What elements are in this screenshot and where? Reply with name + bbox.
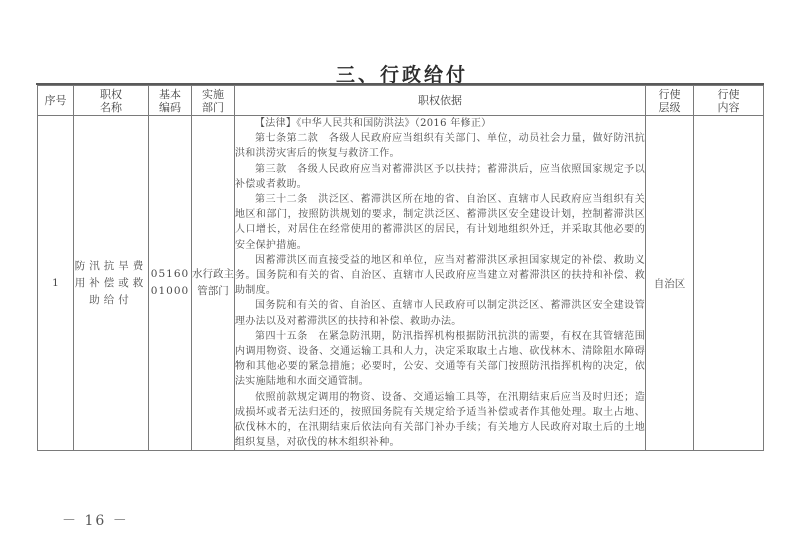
basis-law-title: 【法律】《中华人民共和国防洪法》（2016 年修正） xyxy=(235,116,645,131)
basis-paragraph: 第七条第二款 各级人民政府应当组织有关部门、单位，动员社会力量，做好防汛抗洪和洪… xyxy=(235,131,645,161)
cell-dept: 水行政主管部门 xyxy=(192,116,235,451)
basis-paragraph: 依照前款规定调用的物资、设备、交通运输工具等，在汛期结束后应当及时归还；造成损坏… xyxy=(235,390,645,451)
header-name: 职权名称 xyxy=(74,86,149,116)
basis-paragraph: 第四十五条 在紧急防汛期，防汛指挥机构根据防汛抗洪的需要，有权在其管辖范围内调用… xyxy=(235,329,645,390)
page-number: － 16 － xyxy=(62,510,129,530)
basis-paragraph: 因蓄滞洪区而直接受益的地区和单位，应当对蓄滞洪区承担国家规定的补偿、救助义务。国… xyxy=(235,253,645,299)
cell-basis: 【法律】《中华人民共和国防洪法》（2016 年修正） 第七条第二款 各级人民政府… xyxy=(235,116,646,451)
table-row: 1 防汛抗旱费用补偿或救助给付 0516001000 水行政主管部门 【法律】《… xyxy=(38,116,764,451)
basis-paragraph: 第三十二条 洪泛区、蓄滞洪区所在地的省、自治区、直辖市人民政府应当组织有关地区和… xyxy=(235,192,645,253)
header-code: 基本编码 xyxy=(149,86,192,116)
header-seq: 序号 xyxy=(38,86,74,116)
header-content: 行使内容 xyxy=(694,86,764,116)
cell-content xyxy=(694,116,764,451)
cell-seq: 1 xyxy=(38,116,74,451)
administrative-payment-table: 序号 职权名称 基本编码 实施部门 职权依据 行使层级 行使内容 1 防汛抗旱费… xyxy=(37,85,764,451)
cell-code: 0516001000 xyxy=(149,116,192,451)
cell-name: 防汛抗旱费用补偿或救助给付 xyxy=(74,116,149,451)
basis-paragraph: 国务院和有关的省、自治区、直辖市人民政府可以制定洪泛区、蓄滞洪区安全建设管理办法… xyxy=(235,298,645,328)
header-row: 序号 职权名称 基本编码 实施部门 职权依据 行使层级 行使内容 xyxy=(38,86,764,116)
cell-level: 自治区 xyxy=(646,116,694,451)
basis-paragraph: 第三款 各级人民政府应当对蓄滞洪区予以扶持；蓄滞洪后，应当依照国家规定予以补偿或… xyxy=(235,162,645,192)
header-level: 行使层级 xyxy=(646,86,694,116)
header-basis: 职权依据 xyxy=(235,86,646,116)
header-dept: 实施部门 xyxy=(192,86,235,116)
